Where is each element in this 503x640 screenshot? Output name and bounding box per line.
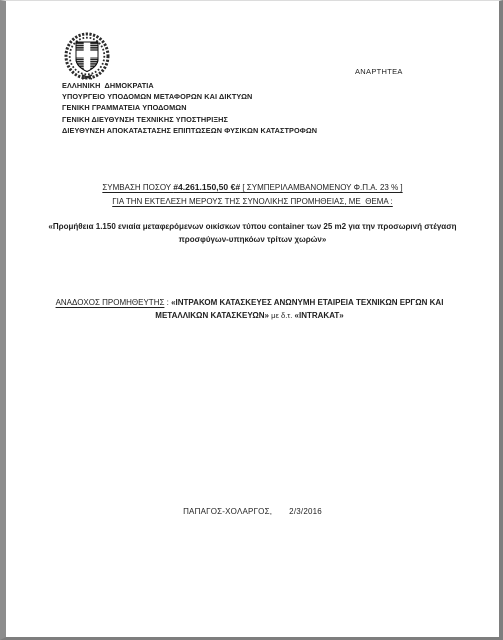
contract-purpose-line: ΓΙΑ ΤΗΝ ΕΚΤΕΛΕΣΗ ΜΕΡΟΥΣ ΤΗΣ ΣΥΝΟΛΙΚΗΣ ΠΡ…	[6, 195, 499, 209]
amount-prefix: ΣΥΜΒΑΣΗ ΠΟΣΟΥ	[102, 183, 173, 192]
document-page: ΑΝΑΡΤΗΤΕΑ ΕΛΛΗΝΙΚΗ ΔΗΜΟΚΡΑΤΙΑ ΥΠΟΥΡΓΕΙΟ …	[0, 0, 503, 640]
amount-value: #4.261.150,50 €#	[173, 182, 240, 192]
authority-line-secretariat: ΓΕΝΙΚΗ ΓΡΑΜΜΑΤΕΙΑ ΥΠΟΔΟΜΩΝ	[62, 102, 362, 113]
contractor-label: ΑΝΑΔΟΧΟΣ ΠΡΟΜΗΘΕΥΤΗΣ	[56, 298, 165, 307]
contractor-trade-name: «INTRAKAT»	[295, 311, 344, 320]
procurement-description: «Προμήθεια 1.150 ενιαία μεταφερόμενων οι…	[34, 220, 471, 246]
authority-line-republic: ΕΛΛΗΝΙΚΗ ΔΗΜΟΚΡΑΤΙΑ	[62, 80, 362, 91]
contractor-block: ΑΝΑΔΟΧΟΣ ΠΡΟΜΗΘΕΥΤΗΣ : «ΙΝΤΡΑΚΟΜ ΚΑΤΑΣΚΕ…	[40, 297, 459, 322]
greek-coat-of-arms-icon	[62, 31, 112, 83]
authority-line-directorate: ΔΙΕΥΘΥΝΣΗ ΑΠΟΚΑΤΑΣΤΑΣΗΣ ΕΠΙΠΤΩΣΕΩΝ ΦΥΣΙΚ…	[62, 125, 362, 136]
authority-line-general-directorate: ΓΕΝΙΚΗ ΔΙΕΥΘΥΝΣΗ ΤΕΧΝΙΚΗΣ ΥΠΟΣΤΗΡΙΞΗΣ	[62, 114, 362, 125]
contract-amount-line: ΣΥΜΒΑΣΗ ΠΟΣΟΥ #4.261.150,50 €# [ ΣΥΜΠΕΡΙ…	[6, 181, 499, 195]
signing-place: ΠΑΠΑΓΟΣ-ΧΟΛΑΡΓΟΣ,	[183, 507, 272, 516]
authority-line-ministry: ΥΠΟΥΡΓΕΙΟ ΥΠΟΔΟΜΩΝ ΜΕΤΑΦΟΡΩΝ ΚΑΙ ΔΙΚΤΥΩΝ	[62, 91, 362, 102]
signing-date: 2/3/2016	[289, 507, 322, 516]
posting-status-label: ΑΝΑΡΤΗΤΕΑ	[355, 67, 403, 76]
amount-suffix: [ ΣΥΜΠΕΡΙΛΑΜΒΑΝΟΜΕΝΟΥ Φ.Π.Α. 23 % ]	[240, 183, 403, 192]
contract-subject-block: ΣΥΜΒΑΣΗ ΠΟΣΟΥ #4.261.150,50 €# [ ΣΥΜΠΕΡΙ…	[6, 181, 499, 208]
issuing-authority-block: ΕΛΛΗΝΙΚΗ ΔΗΜΟΚΡΑΤΙΑ ΥΠΟΥΡΓΕΙΟ ΥΠΟΔΟΜΩΝ Μ…	[62, 80, 362, 136]
place-date-line: ΠΑΠΑΓΟΣ-ΧΟΛΑΡΓΟΣ, 2/3/2016	[6, 507, 499, 516]
trade-name-label: με δ.τ.	[269, 311, 295, 320]
